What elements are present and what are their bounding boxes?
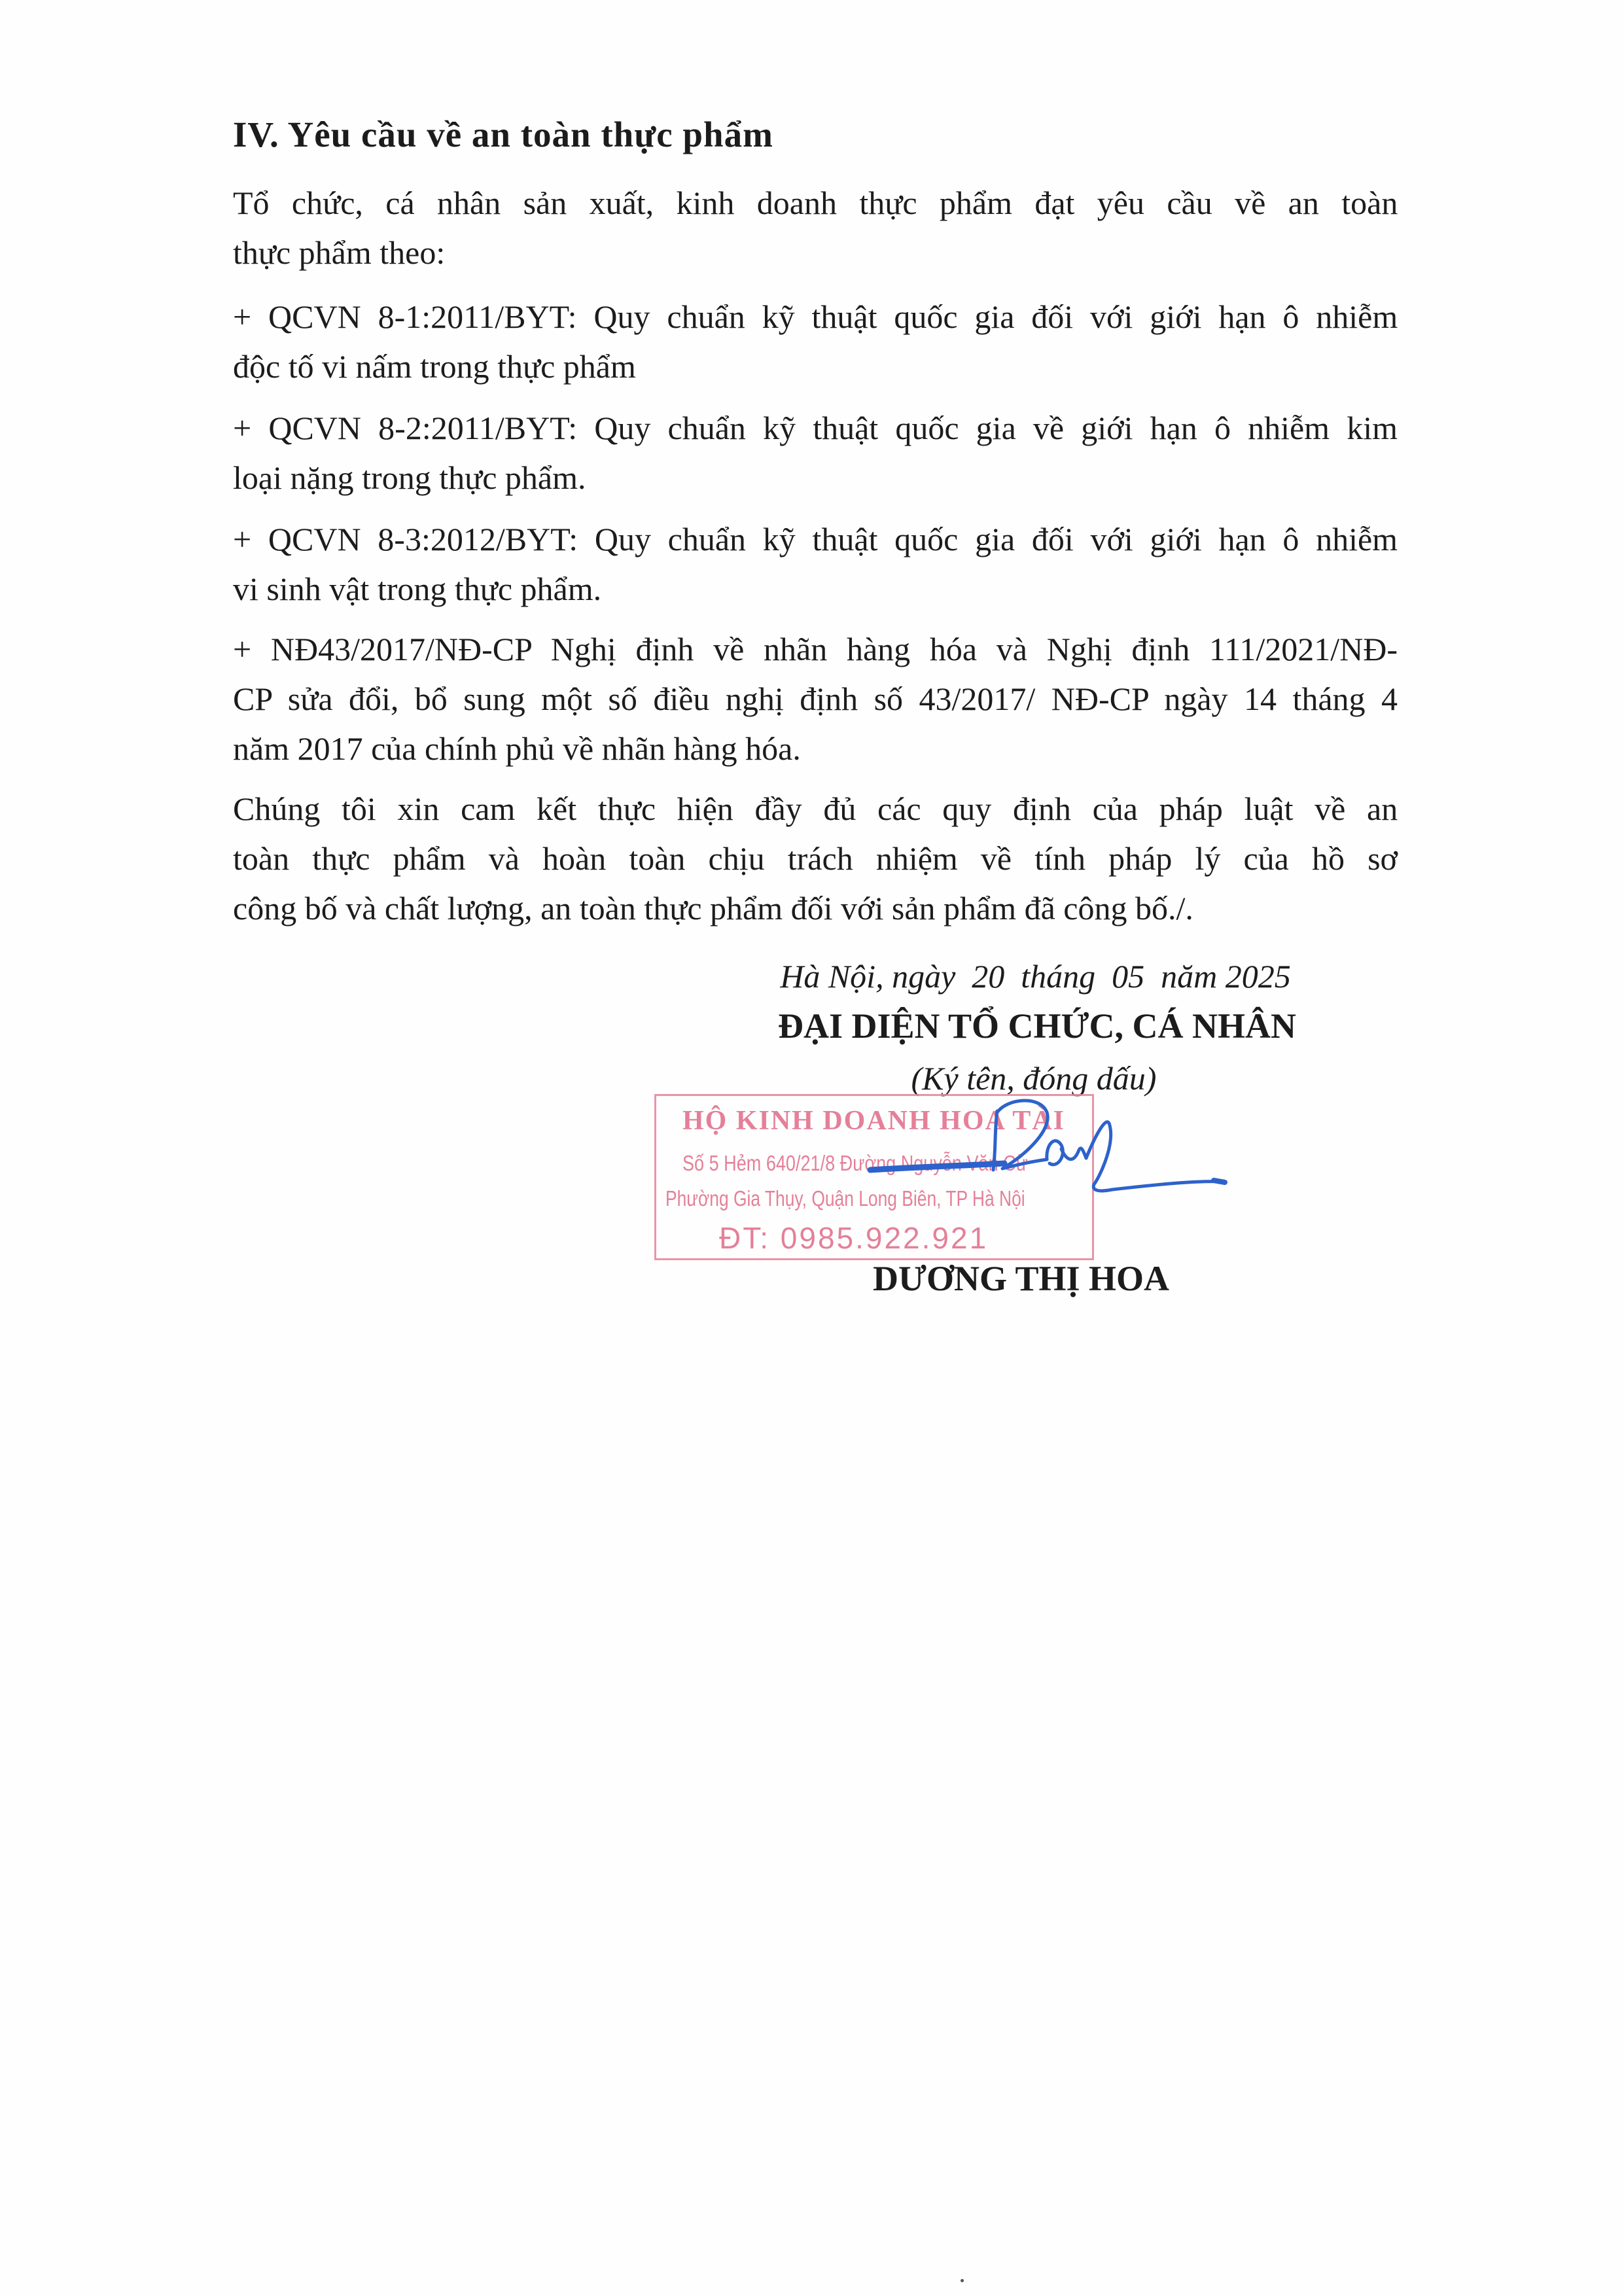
place-date: Hà Nội, ngày 20 tháng 05 năm 2025 bbox=[733, 951, 1338, 1001]
text-line: vi sinh vật trong thực phẩm. bbox=[233, 564, 1398, 614]
text-line: công bố và chất lượng, an toàn thực phẩm… bbox=[233, 883, 1398, 933]
text-line: loại nặng trong thực phẩm. bbox=[233, 453, 1398, 503]
text-line: toàn thực phẩm và hoàn toàn chịu trách n… bbox=[233, 834, 1398, 883]
regulation-item-qcvn-8-1: + QCVN 8-1:2011/BYT: Quy chuẩn kỹ thuật … bbox=[233, 292, 1398, 391]
regulation-item-nd43: + NĐ43/2017/NĐ-CP Nghị định về nhãn hàng… bbox=[233, 624, 1398, 773]
text-line: + NĐ43/2017/NĐ-CP Nghị định về nhãn hàng… bbox=[233, 624, 1398, 674]
text-line: + QCVN 8-1:2011/BYT: Quy chuẩn kỹ thuật … bbox=[233, 292, 1398, 342]
text-line: + QCVN 8-3:2012/BYT: Quy chuẩn kỹ thuật … bbox=[233, 514, 1398, 564]
intro-paragraph: Tổ chức, cá nhân sản xuất, kinh doanh th… bbox=[233, 178, 1398, 277]
stamp-phone: ĐT: 0985.922.921 bbox=[719, 1220, 988, 1256]
text-line: thực phẩm theo: bbox=[233, 228, 1398, 277]
document-page: IV. Yêu cầu về an toàn thực phẩm Tổ chức… bbox=[0, 0, 1624, 2296]
scan-speck bbox=[961, 2279, 964, 2282]
representative-title: ĐẠI DIỆN TỔ CHỨC, CÁ NHÂN bbox=[720, 1001, 1354, 1051]
regulation-item-qcvn-8-3: + QCVN 8-3:2012/BYT: Quy chuẩn kỹ thuật … bbox=[233, 514, 1398, 614]
commitment-paragraph: Chúng tôi xin cam kết thực hiện đầy đủ c… bbox=[233, 784, 1398, 933]
section-heading: IV. Yêu cầu về an toàn thực phẩm bbox=[233, 110, 773, 160]
text-line: Tổ chức, cá nhân sản xuất, kinh doanh th… bbox=[233, 178, 1398, 228]
text-line: CP sửa đổi, bổ sung một số điều nghị địn… bbox=[233, 674, 1398, 724]
text-line: + QCVN 8-2:2011/BYT: Quy chuẩn kỹ thuật … bbox=[233, 403, 1398, 453]
text-line: năm 2017 của chính phủ về nhãn hàng hóa. bbox=[233, 724, 1398, 773]
regulation-item-qcvn-8-2: + QCVN 8-2:2011/BYT: Quy chuẩn kỹ thuật … bbox=[233, 403, 1398, 503]
signer-name: DƯƠNG THỊ HOA bbox=[873, 1258, 1169, 1299]
handwritten-signature-icon bbox=[851, 1093, 1243, 1204]
text-line: độc tố vi nấm trong thực phẩm bbox=[233, 342, 1398, 391]
text-line: Chúng tôi xin cam kết thực hiện đầy đủ c… bbox=[233, 784, 1398, 834]
